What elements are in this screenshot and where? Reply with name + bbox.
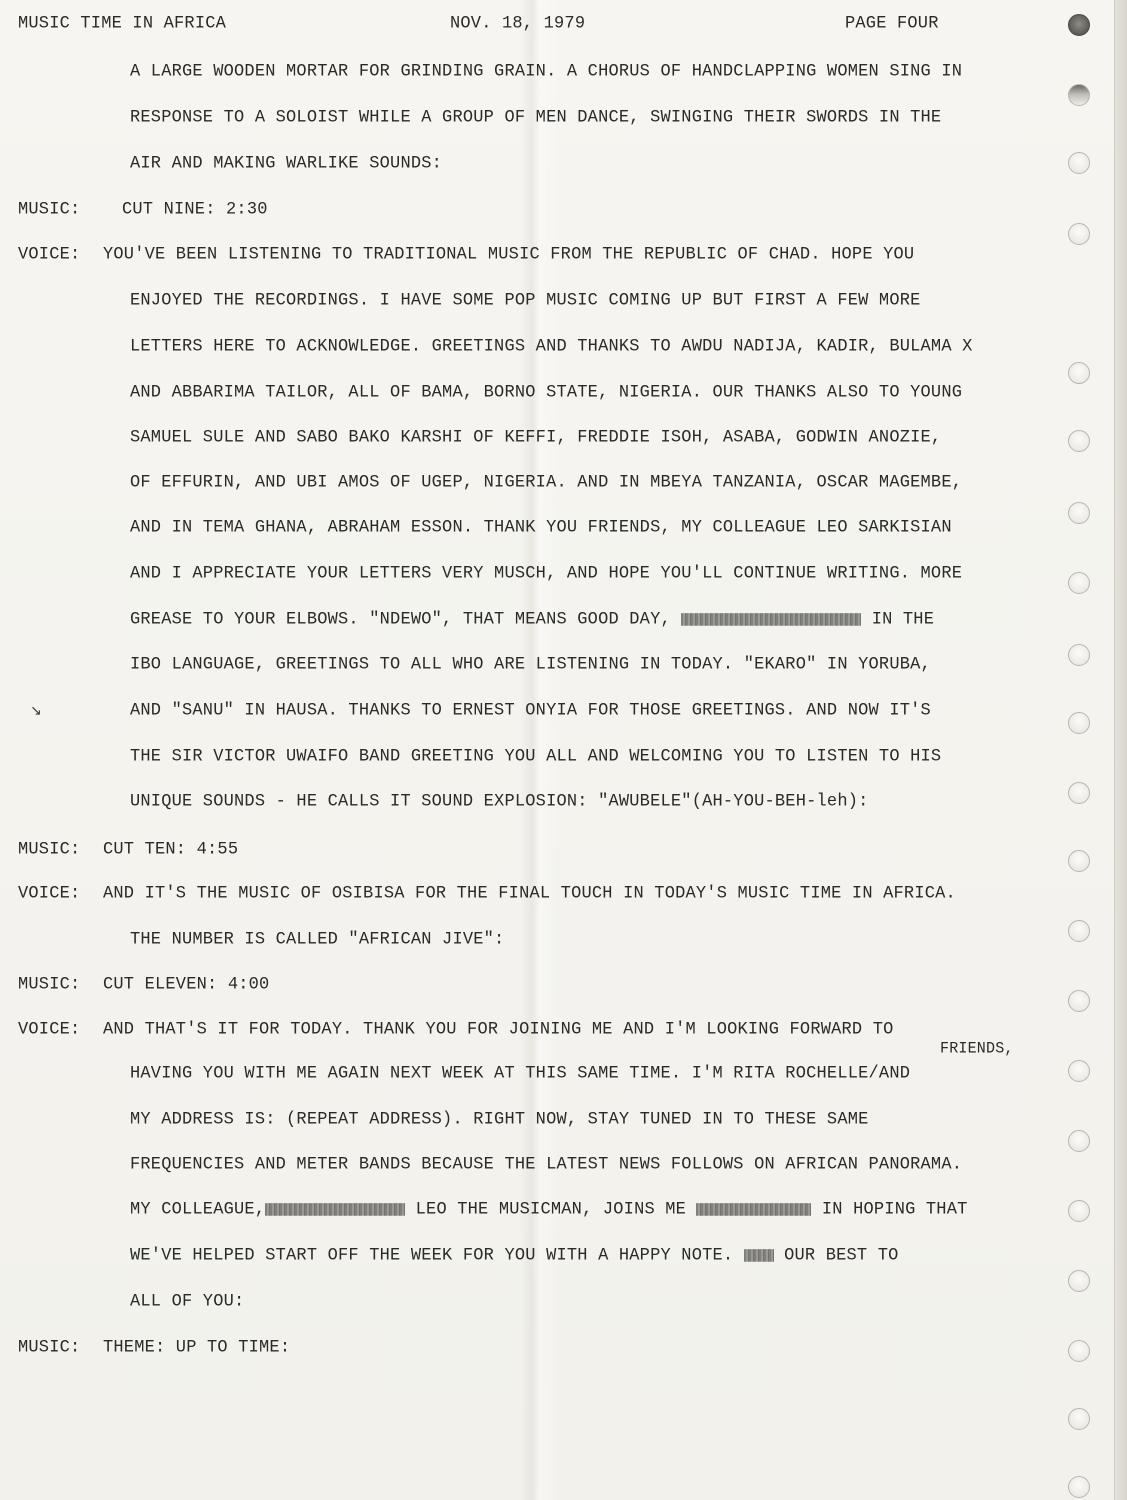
- redaction-mark: [265, 1203, 405, 1216]
- page-number: PAGE FOUR: [845, 14, 939, 34]
- line-text: GREASE TO YOUR ELBOWS. "NDEWO", THAT MEA…: [130, 610, 671, 630]
- paper-edge: [1114, 0, 1127, 1500]
- script-line: FREQUENCIES AND METER BANDS BECAUSE THE …: [130, 1155, 962, 1175]
- cue-label-music: MUSIC:: [18, 975, 80, 995]
- binder-hole-icon: [1068, 223, 1090, 245]
- cue-label-voice: VOICE:: [18, 245, 80, 265]
- program-title: MUSIC TIME IN AFRICA: [18, 14, 226, 34]
- script-line: MY ADDRESS IS: (REPEAT ADDRESS). RIGHT N…: [130, 1110, 869, 1130]
- redaction-mark: [744, 1249, 774, 1262]
- music-cue: CUT ELEVEN: 4:00: [103, 975, 269, 995]
- binder-hole-icon: [1068, 362, 1090, 384]
- voice-line: AND THAT'S IT FOR TODAY. THANK YOU FOR J…: [103, 1020, 894, 1040]
- binder-hole-icon: [1068, 1270, 1090, 1292]
- line-text: WE'VE HELPED START OFF THE WEEK FOR YOU …: [130, 1246, 744, 1266]
- cue-label-music: MUSIC:: [18, 840, 80, 860]
- typewritten-script-page: MUSIC TIME IN AFRICA NOV. 18, 1979 PAGE …: [0, 0, 1127, 1500]
- script-line: OF EFFURIN, AND UBI AMOS OF UGEP, NIGERI…: [130, 473, 962, 493]
- script-line: IBO LANGUAGE, GREETINGS TO ALL WHO ARE L…: [130, 655, 931, 675]
- music-cue: THEME: UP TO TIME:: [103, 1338, 290, 1358]
- binder-hole-icon: [1068, 502, 1090, 524]
- handwritten-insertion: FRIENDS,: [940, 1040, 1014, 1058]
- script-line: AND IN TEMA GHANA, ABRAHAM ESSON. THANK …: [130, 518, 952, 538]
- line-text: IN HOPING THAT: [811, 1200, 967, 1220]
- line-text: OUR BEST TO: [774, 1246, 899, 1266]
- script-line: THE NUMBER IS CALLED "AFRICAN JIVE":: [130, 930, 504, 950]
- voice-line: YOU'VE BEEN LISTENING TO TRADITIONAL MUS…: [103, 245, 914, 265]
- script-line: AIR AND MAKING WARLIKE SOUNDS:: [130, 154, 442, 174]
- script-line: AND ABBARIMA TAILOR, ALL OF BAMA, BORNO …: [130, 383, 962, 403]
- cue-label-voice: VOICE:: [18, 1020, 80, 1040]
- binder-hole-icon: [1068, 850, 1090, 872]
- binder-hole-icon: [1068, 1408, 1090, 1430]
- script-line: UNIQUE SOUNDS - HE CALLS IT SOUND EXPLOS…: [130, 792, 869, 812]
- script-line: AND "SANU" IN HAUSA. THANKS TO ERNEST ON…: [130, 701, 931, 721]
- margin-mark: ↘: [30, 703, 42, 719]
- cue-label-music: MUSIC:: [18, 200, 80, 220]
- script-line: ALL OF YOU:: [130, 1292, 244, 1312]
- redaction-mark: [696, 1203, 811, 1216]
- script-line-redacted: GREASE TO YOUR ELBOWS. "NDEWO", THAT MEA…: [130, 610, 934, 630]
- voice-line: AND IT'S THE MUSIC OF OSIBISA FOR THE FI…: [103, 884, 956, 904]
- script-line: HAVING YOU WITH ME AGAIN NEXT WEEK AT TH…: [130, 1064, 910, 1084]
- script-line: ENJOYED THE RECORDINGS. I HAVE SOME POP …: [130, 291, 921, 311]
- binder-hole-icon: [1068, 1060, 1090, 1082]
- binder-hole-icon: [1068, 14, 1090, 36]
- binder-hole-icon: [1068, 1130, 1090, 1152]
- line-text: LEO THE MUSICMAN, JOINS ME: [405, 1200, 696, 1220]
- script-line: LETTERS HERE TO ACKNOWLEDGE. GREETINGS A…: [130, 337, 973, 357]
- script-line: A LARGE WOODEN MORTAR FOR GRINDING GRAIN…: [130, 62, 962, 82]
- script-line-redacted: MY COLLEAGUE, LEO THE MUSICMAN, JOINS ME…: [130, 1200, 968, 1220]
- binder-hole-icon: [1068, 430, 1090, 452]
- binder-hole-icon: [1068, 1200, 1090, 1222]
- music-cue: CUT NINE: 2:30: [122, 200, 268, 220]
- cue-label-music: MUSIC:: [18, 1338, 80, 1358]
- binder-hole-icon: [1068, 84, 1090, 106]
- binder-hole-icon: [1068, 1476, 1090, 1498]
- binder-hole-icon: [1068, 572, 1090, 594]
- script-date: NOV. 18, 1979: [450, 14, 585, 34]
- music-cue: CUT TEN: 4:55: [103, 840, 238, 860]
- script-line: THE SIR VICTOR UWAIFO BAND GREETING YOU …: [130, 747, 941, 767]
- binder-hole-icon: [1068, 644, 1090, 666]
- line-text: IN THE: [872, 610, 934, 630]
- line-text: MY COLLEAGUE,: [130, 1200, 265, 1220]
- script-line-redacted: WE'VE HELPED START OFF THE WEEK FOR YOU …: [130, 1246, 899, 1266]
- binder-hole-icon: [1068, 920, 1090, 942]
- binder-hole-icon: [1068, 782, 1090, 804]
- binder-hole-icon: [1068, 1340, 1090, 1362]
- binder-hole-icon: [1068, 152, 1090, 174]
- cue-label-voice: VOICE:: [18, 884, 80, 904]
- binder-hole-icon: [1068, 990, 1090, 1012]
- script-line: AND I APPRECIATE YOUR LETTERS VERY MUSCH…: [130, 564, 962, 584]
- script-line: RESPONSE TO A SOLOIST WHILE A GROUP OF M…: [130, 108, 941, 128]
- script-line: SAMUEL SULE AND SABO BAKO KARSHI OF KEFF…: [130, 428, 941, 448]
- redaction-mark: [681, 613, 861, 626]
- binder-hole-icon: [1068, 712, 1090, 734]
